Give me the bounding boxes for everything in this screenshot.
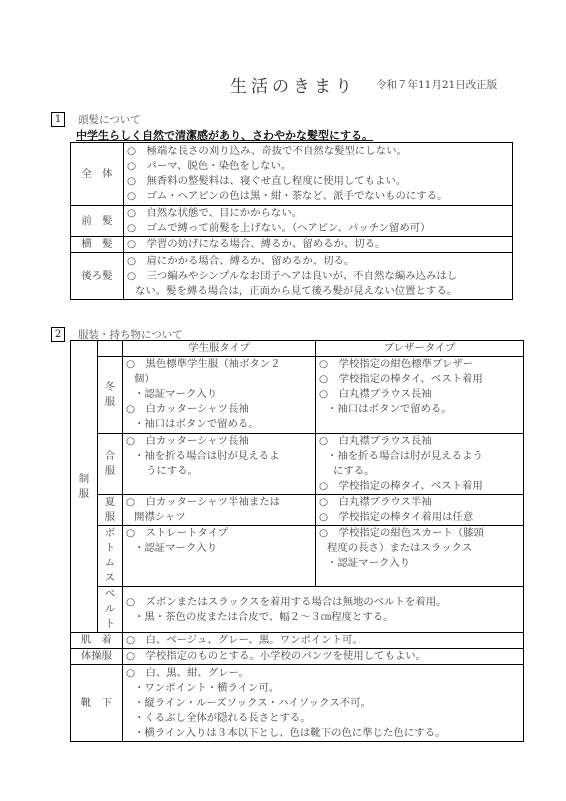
list-item: ・袖を折る場合は肘が見えるよう [319, 449, 520, 464]
belt-cell: ○ ズボンまたはスラックスを着用する場合は無地のベルトを着用。 ・黒・茶色の皮ま… [123, 587, 524, 633]
label-bottoms: ボトムス [98, 526, 123, 587]
list-item: ○ 学校指定の紺色標準ブレザー [319, 357, 520, 372]
row-label-bangs: 前 髪 [71, 206, 124, 237]
list-item: 開襟シャツ [126, 510, 312, 525]
uniform-label: 制服 [71, 341, 98, 633]
list-item: ○ パーマ、脱色・染色をしない。 [127, 159, 509, 174]
row-content: ○ 学習の妨げになる場合、縛るか、留めるか、切る。 [124, 237, 513, 253]
list-item: にする。 [319, 464, 520, 479]
list-item: ○ 学習の妨げになる場合、縛るか、留めるか、切る。 [127, 237, 509, 252]
blazer-cell: ○ 学校指定の紺色スカート（膝頭 程度の長さ）またはスラックス ・認証マーク入り [316, 526, 524, 587]
table-row: 全 体 ○ 極端な長さの刈り込み、奇抜で不自然な髪型にしない。 ○ パーマ、脱色… [71, 143, 513, 206]
row-content: ○ 肩にかかる場合、縛るか、留めるか、切る。 ○ 三つ編みやシンプルなお団子ヘア… [124, 253, 513, 300]
list-item: ○ 肩にかかる場合、縛るか、留めるか、切る。 [127, 254, 509, 269]
season-label-summer: 夏服 [98, 495, 123, 526]
table-row: 後ろ髪 ○ 肩にかかる場合、縛るか、留めるか、切る。 ○ 三つ編みやシンプルなお… [71, 253, 513, 300]
section-2-number: 2 [51, 327, 65, 342]
list-item: うにする。 [126, 464, 312, 479]
list-item: ○ 学校指定の棒タイ、ベスト着用 [319, 479, 520, 494]
label-gym-clothes: 体操服 [71, 649, 123, 665]
clothing-rules-table: 制服 学生服タイプ ブレザータイプ 冬服 ○ 黒色標準学生服（袖ボタン２ 個） … [70, 340, 524, 742]
socks-cell: ○ 白、黒、紺、グレー。 ・ワンポイント・横ライン可。 ・縦ライン・ルーズソック… [123, 665, 524, 742]
list-item: ・認証マーク入り [319, 556, 520, 571]
list-item: ○ 極端な長さの刈り込み、奇抜で不自然な髪型にしない。 [127, 144, 509, 159]
list-item: ・袖口はボタンで留める。 [126, 417, 312, 432]
list-item: ○ 白丸襟ブラウス長袖 [319, 387, 520, 402]
list-item: ・認証マーク入り [126, 541, 312, 556]
list-item: ・認証マーク入り [126, 387, 312, 402]
row-content: ○ 極端な長さの刈り込み、奇抜で不自然な髪型にしない。 ○ パーマ、脱色・染色を… [124, 143, 513, 206]
column-header-gakuran: 学生服タイプ [123, 341, 316, 357]
table-row: 横 髪 ○ 学習の妨げになる場合、縛るか、留めるか、切る。 [71, 237, 513, 253]
season-label-winter: 冬服 [98, 357, 123, 434]
table-row: 合服 ○ 白カッターシャツ長袖 ・袖を折る場合は肘が見えるよ うにする。 ○ 白… [71, 434, 524, 495]
list-item: ○ 白丸襟ブラウス長袖 [319, 434, 520, 449]
list-item: ○ 学校指定の棒タイ、ベスト着用 [319, 372, 520, 387]
list-item: ○ 無香料の整髪料は、寝ぐせ直し程度に使用してもよい。 [127, 174, 509, 189]
gym-clothes-cell: ○ 学校指定のものとする。小学校のパンツを使用してもよい。 [123, 649, 524, 665]
list-item: ・袖口はボタンで留める。 [319, 402, 520, 417]
label-belt: ベルト [98, 587, 123, 633]
label-socks: 靴 下 [71, 665, 123, 742]
row-label-side-hair: 横 髪 [71, 237, 124, 253]
label-underwear: 肌 着 [71, 633, 123, 649]
list-item: ○ 白カッターシャツ長袖 [126, 402, 312, 417]
row-content: ○ 自然な状態で、目にかからない。 ○ ゴムで縛って前髪を上げない。（ヘアピン、… [124, 206, 513, 237]
table-row: 体操服 ○ 学校指定のものとする。小学校のパンツを使用してもよい。 [71, 649, 524, 665]
empty-header-cell [98, 341, 123, 357]
blazer-cell: ○ 白丸襟ブラウス長袖 ・袖を折る場合は肘が見えるよう にする。 ○ 学校指定の… [316, 434, 524, 495]
blazer-cell: ○ 学校指定の紺色標準ブレザー ○ 学校指定の棒タイ、ベスト着用 ○ 白丸襟ブラ… [316, 357, 524, 434]
list-item: ・横ライン入りは３本以下とし、色は靴下の色に準じた色にする。 [126, 726, 520, 741]
list-item: ○ 白、ベージュ、グレー、黒。ワンポイント可。 [126, 633, 520, 648]
table-row: 前 髪 ○ 自然な状態で、目にかからない。 ○ ゴムで縛って前髪を上げない。（ヘ… [71, 206, 513, 237]
list-item: ○ ゴム・ヘアピンの色は黒・紺・茶など、派手でないものにする。 [127, 189, 509, 204]
gakuran-cell: ○ 白カッターシャツ半袖または 開襟シャツ [123, 495, 316, 526]
blazer-cell: ○ 白丸襟ブラウス半袖 ○ 学校指定の棒タイ着用は任意 [316, 495, 524, 526]
row-label-overall: 全 体 [71, 143, 124, 206]
list-item: ○ 白、黒、紺、グレー。 [126, 666, 520, 681]
list-item: 個） [126, 372, 312, 387]
table-row: 夏服 ○ 白カッターシャツ半袖または 開襟シャツ ○ 白丸襟ブラウス半袖 ○ 学… [71, 495, 524, 526]
underwear-cell: ○ 白、ベージュ、グレー、黒。ワンポイント可。 [123, 633, 524, 649]
list-item: ○ 白カッターシャツ半袖または [126, 495, 312, 510]
list-item: ○ ズボンまたはスラックスを着用する場合は無地のベルトを着用。 [126, 595, 520, 610]
list-item: ○ 黒色標準学生服（袖ボタン２ [126, 357, 312, 372]
table-row: 肌 着 ○ 白、ベージュ、グレー、黒。ワンポイント可。 [71, 633, 524, 649]
gakuran-cell: ○ 白カッターシャツ長袖 ・袖を折る場合は肘が見えるよ うにする。 [123, 434, 316, 495]
table-header-row: 制服 学生服タイプ ブレザータイプ [71, 341, 524, 357]
list-item: ・縦ライン・ルーズソックス・ハイソックス不可。 [126, 696, 520, 711]
list-item: ない。髪を縛る場合は，正面から見て後ろ髪が見えない位置とする。 [127, 284, 509, 299]
table-row: ベルト ○ ズボンまたはスラックスを着用する場合は無地のベルトを着用。 ・黒・茶… [71, 587, 524, 633]
hair-rules-table: 全 体 ○ 極端な長さの刈り込み、奇抜で不自然な髪型にしない。 ○ パーマ、脱色… [70, 142, 513, 300]
list-item: ・ワンポイント・横ライン可。 [126, 681, 520, 696]
list-item: ○ ストレートタイプ [126, 526, 312, 541]
list-item: ○ 白丸襟ブラウス半袖 [319, 495, 520, 510]
season-label-midseason: 合服 [98, 434, 123, 495]
list-item: ○ 白カッターシャツ長袖 [126, 434, 312, 449]
list-item: ○ 学校指定の棒タイ着用は任意 [319, 510, 520, 525]
list-item: ○ 学校指定の紺色スカート（膝頭 [319, 526, 520, 541]
column-header-blazer: ブレザータイプ [316, 341, 524, 357]
gakuran-cell: ○ 黒色標準学生服（袖ボタン２ 個） ・認証マーク入り ○ 白カッターシャツ長袖… [123, 357, 316, 434]
list-item: ○ 自然な状態で、目にかからない。 [127, 206, 509, 221]
table-row: 冬服 ○ 黒色標準学生服（袖ボタン２ 個） ・認証マーク入り ○ 白カッターシャ… [71, 357, 524, 434]
document-title: 生活のきまり [230, 72, 356, 97]
table-row: 靴 下 ○ 白、黒、紺、グレー。 ・ワンポイント・横ライン可。 ・縦ライン・ルー… [71, 665, 524, 742]
list-item: ・袖を折る場合は肘が見えるよ [126, 449, 312, 464]
list-item: 程度の長さ）またはスラックス [319, 541, 520, 556]
hair-motto: 中学生らしく自然で清潔感があり、さわやかな髪型にする。 [76, 127, 373, 143]
revision-date: 令和７年11月21日改正版 [376, 77, 497, 92]
gakuran-cell: ○ ストレートタイプ ・認証マーク入り [123, 526, 316, 587]
list-item: ○ 学校指定のものとする。小学校のパンツを使用してもよい。 [126, 649, 520, 664]
list-item: ・くるぶし全体が隠れる長さとする。 [126, 711, 520, 726]
section-1-heading: 頭髪について [78, 112, 141, 127]
row-label-back-hair: 後ろ髪 [71, 253, 124, 300]
list-item: ○ 三つ編みやシンプルなお団子ヘアは良いが、不自然な編み込みはし [127, 269, 509, 284]
list-item: ・黒・茶色の皮または合皮で、幅２～３㎝程度とする。 [126, 610, 520, 625]
list-item: ○ ゴムで縛って前髪を上げない。（ヘアピン、パッチン留め可） [127, 221, 509, 236]
section-1-number: 1 [51, 112, 65, 127]
table-row: ボトムス ○ ストレートタイプ ・認証マーク入り ○ 学校指定の紺色スカート（膝… [71, 526, 524, 587]
